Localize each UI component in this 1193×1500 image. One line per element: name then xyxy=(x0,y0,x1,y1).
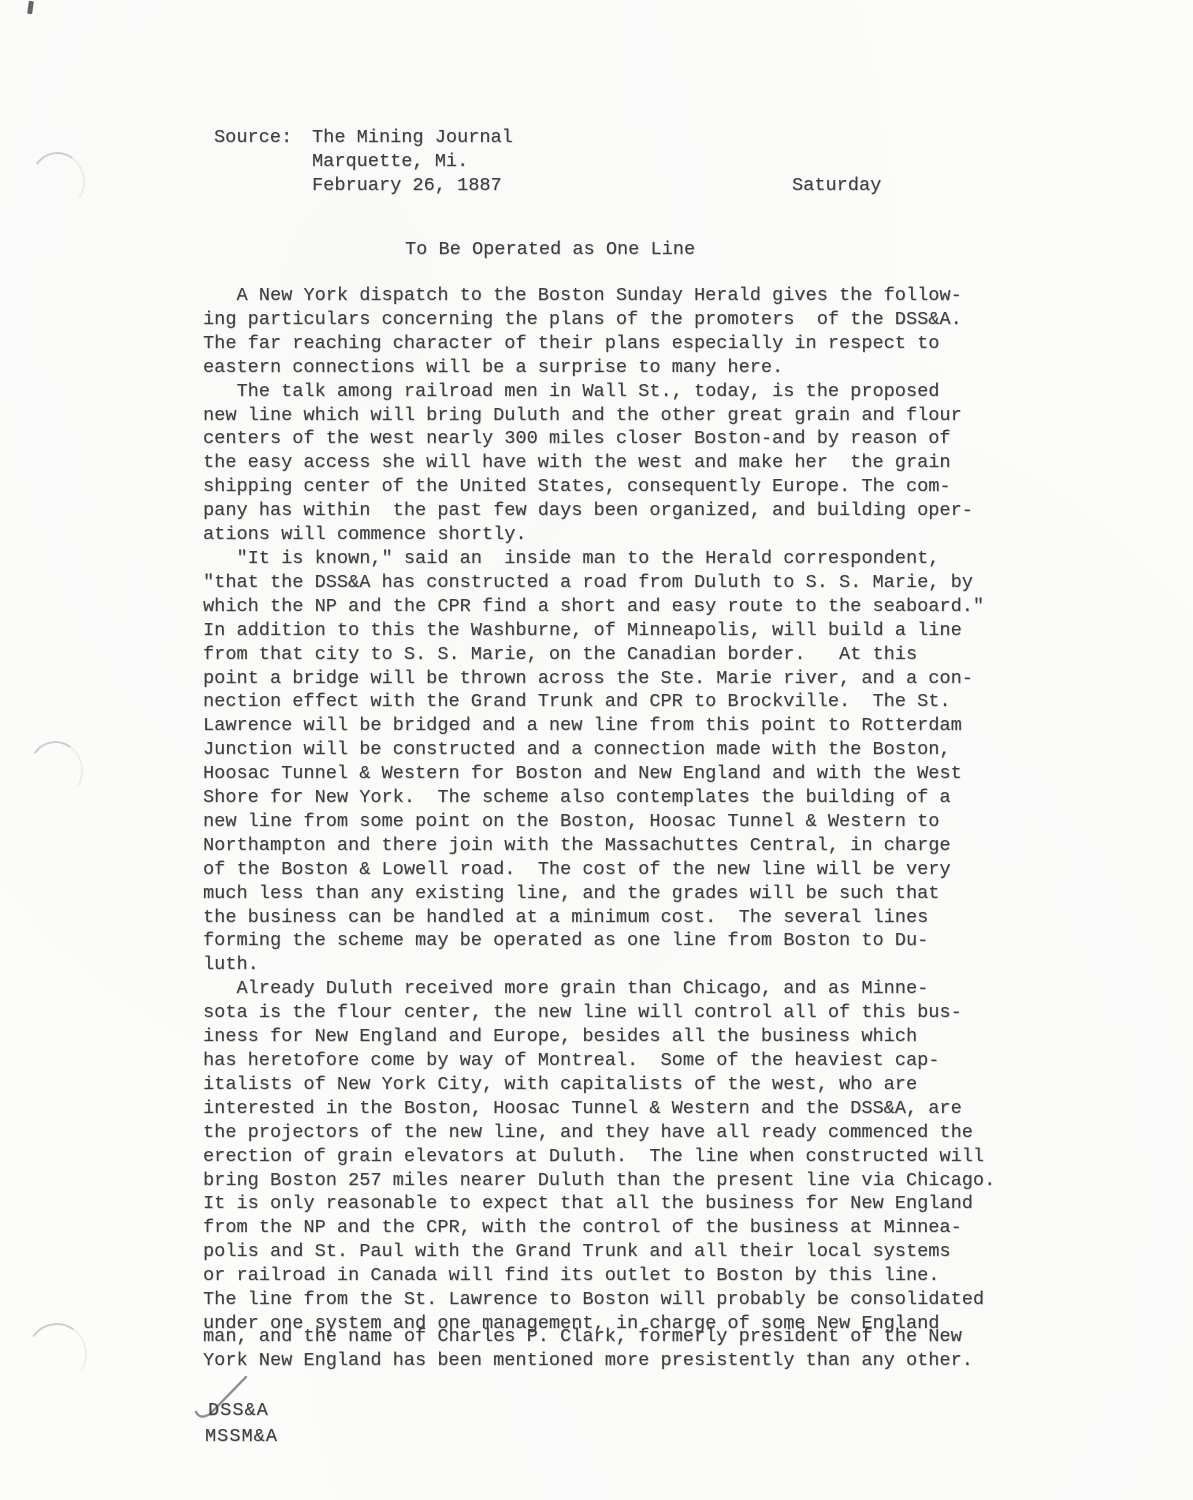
article-body: A New York dispatch to the Boston Sunday… xyxy=(203,284,1063,1373)
paragraph-1: A New York dispatch to the Boston Sunday… xyxy=(203,284,1063,380)
overstruck-line-2: man, and the name of Charles P. Clark, f… xyxy=(203,1325,1063,1349)
footer-note-mssma: MSSM&A xyxy=(205,1425,278,1449)
scan-artifact-speck xyxy=(27,1,34,15)
source-day: Saturday xyxy=(792,174,881,198)
paragraph-2: The talk among railroad men in Wall St.,… xyxy=(203,380,1063,547)
source-publication: The Mining Journal xyxy=(312,126,513,150)
paragraph-4: Already Duluth received more grain than … xyxy=(203,977,1063,1312)
paragraph-3: "It is known," said an inside man to the… xyxy=(203,547,1063,977)
closing-line: York New England has been mentioned more… xyxy=(203,1349,1063,1373)
source-location: Marquette, Mi. xyxy=(312,150,468,174)
footer-note-dssa: DSS&A xyxy=(208,1399,269,1423)
article-title: To Be Operated as One Line xyxy=(405,238,695,262)
source-label: Source: xyxy=(214,126,292,150)
hole-punch-arc-bottom xyxy=(22,1318,92,1389)
scanned-document-page: Source: The Mining Journal Marquette, Mi… xyxy=(0,0,1193,1500)
source-date: February 26, 1887 xyxy=(312,174,502,198)
hole-punch-arc-middle xyxy=(24,737,87,803)
hole-punch-arc-top xyxy=(26,148,89,214)
